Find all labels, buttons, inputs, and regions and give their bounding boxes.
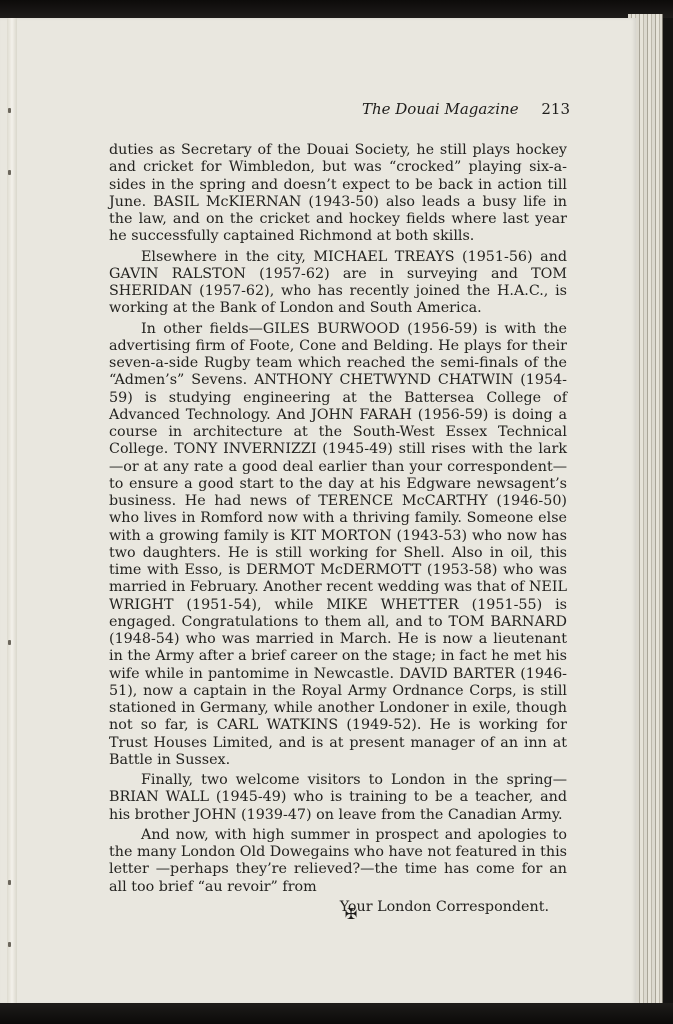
binding-stitch — [8, 108, 11, 113]
paragraph: And now, with high summer in prospect an… — [109, 827, 567, 896]
running-head: The Douai Magazine 213 — [100, 100, 570, 118]
binding-stitch — [8, 880, 11, 885]
paragraph: Elsewhere in the city, MICHAEL TREAYS (1… — [109, 249, 567, 318]
binding-stitch — [8, 942, 11, 947]
page-number: 213 — [541, 100, 570, 118]
publication-title: The Douai Magazine — [362, 100, 519, 118]
paragraph: In other fields—GILES BURWOOD (1956-59) … — [109, 321, 567, 770]
page-gutter — [7, 18, 17, 1004]
binding-stitch — [8, 170, 11, 175]
signature: Your London Correspondent. — [109, 899, 567, 916]
paragraph: duties as Secretary of the Douai Society… — [109, 142, 567, 246]
binding-stitch — [8, 640, 11, 645]
book-binding-top — [0, 0, 673, 18]
paragraph: Finally, two welcome visitors to London … — [109, 772, 567, 824]
cross-pattee-icon: ✠ — [343, 906, 359, 922]
article-body: duties as Secretary of the Douai Society… — [109, 142, 567, 916]
book-binding-bottom — [0, 1003, 673, 1024]
